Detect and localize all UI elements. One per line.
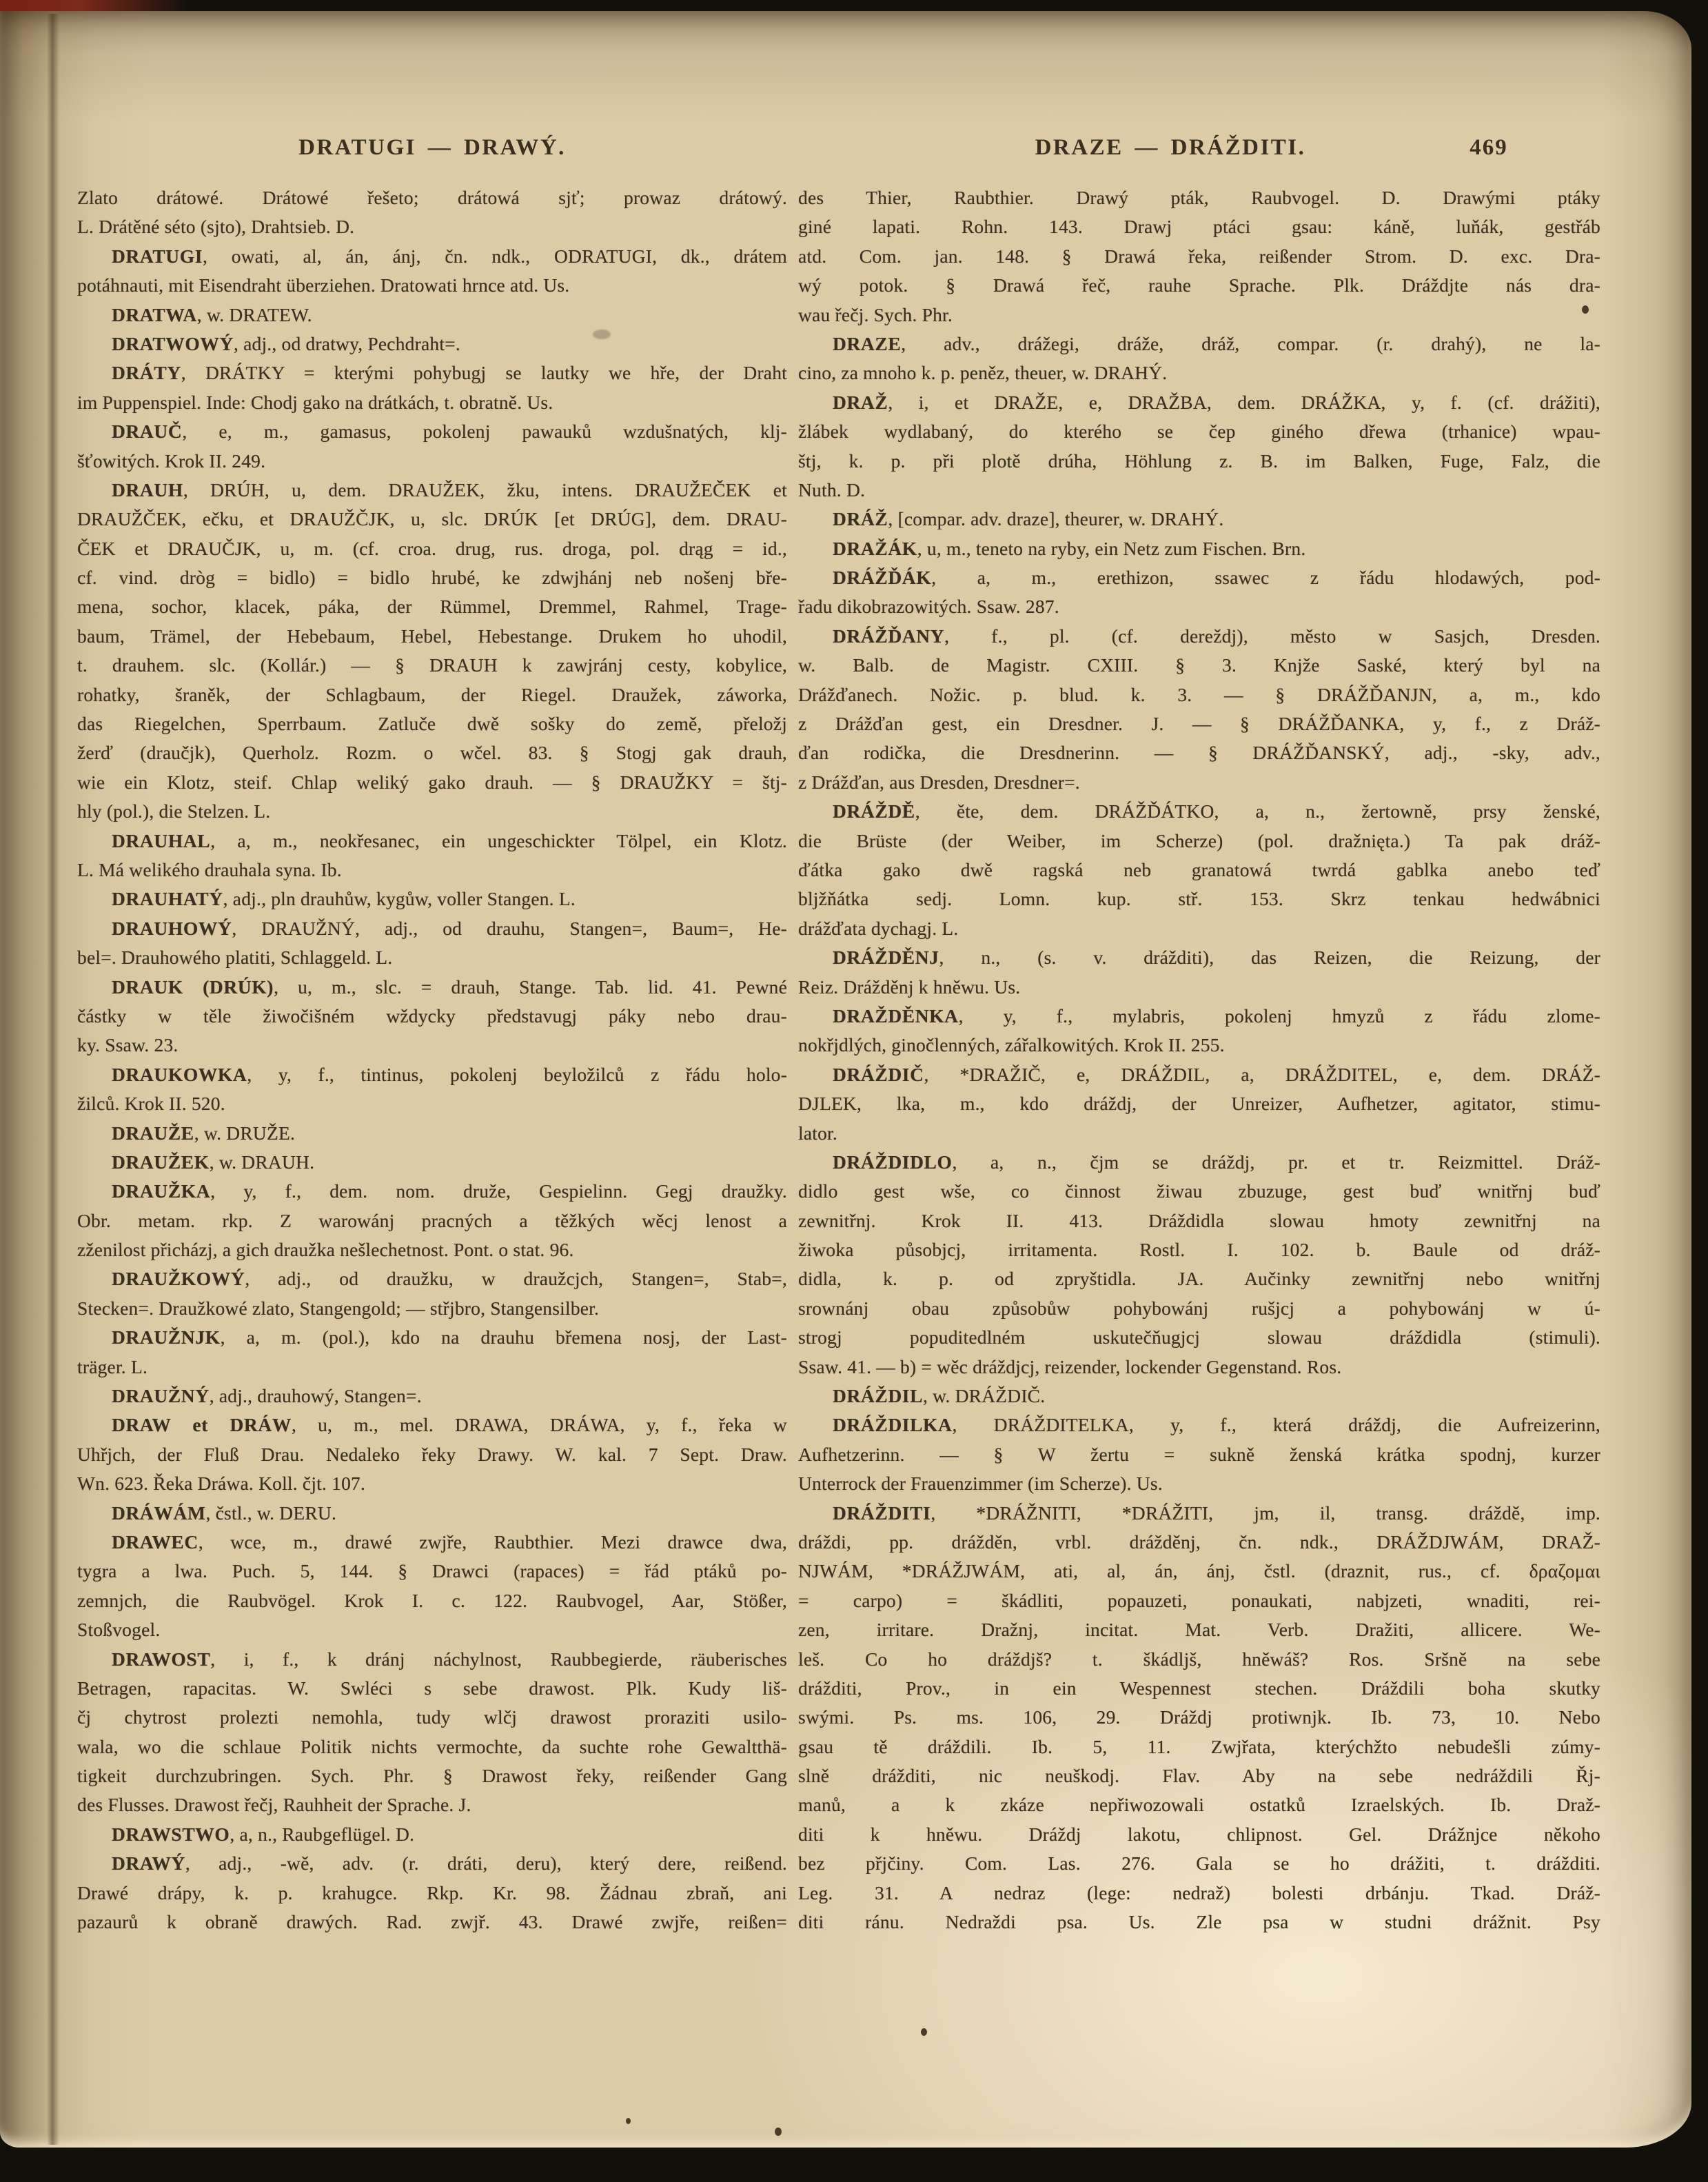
text-line: die Brüste (der Weiber, im Scherze) (pol… bbox=[798, 827, 1600, 856]
text-line: štj, k. p. při plotě drúha, Höhlung z. B… bbox=[798, 447, 1600, 476]
text-line: bel=. Drauhowého platiti, Schlaggeld. L. bbox=[77, 943, 787, 972]
text-line: giné lapati. Rohn. 143. Drawj ptáci gsau… bbox=[798, 212, 1600, 241]
text-line: diti k hněwu. Dráždj lakotu, chlipnost. … bbox=[798, 1820, 1600, 1849]
text-line: částky w těle žiwočišném wždycky předsta… bbox=[77, 1002, 787, 1031]
text-line: potáhnauti, mit Eisendraht überziehen. D… bbox=[77, 271, 787, 300]
text-line: Wn. 623. Řeka Dráwa. Koll. čjt. 107. bbox=[77, 1469, 787, 1498]
ink-speck bbox=[1582, 305, 1589, 314]
text-line: Drážďanech. Nožic. p. blud. k. 3. — § DR… bbox=[798, 680, 1600, 709]
text-line: DRAUŽNÝ, adj., drauhowý, Stangen=. bbox=[77, 1382, 787, 1411]
text-line: des Thier, Raubthier. Drawý pták, Raubvo… bbox=[798, 183, 1600, 212]
text-line: DRAUŽE, w. DRUŽE. bbox=[77, 1119, 787, 1148]
text-line: diti ránu. Nedraždi psa. Us. Zle psa w s… bbox=[798, 1908, 1600, 1937]
text-line: DRÁŽDITI, *DRÁŽNITI, *DRÁŽITI, jm, il, t… bbox=[798, 1499, 1600, 1528]
text-line: cino, za mnoho k. p. peněz, theuer, w. D… bbox=[798, 358, 1600, 387]
text-line: DRATWA, w. DRATEW. bbox=[77, 301, 787, 330]
text-line: DRÁŽĎANY, f., pl. (cf. dereždj), město w… bbox=[798, 622, 1600, 651]
text-line: des Flusses. Drawost řečj, Rauhheit der … bbox=[77, 1790, 787, 1819]
text-line: žerď (draučjk), Querholz. Rozm. o wčel. … bbox=[77, 738, 787, 767]
text-line: DRÁŽDĚ, ěte, dem. DRÁŽĎÁTKO, a, n., žert… bbox=[798, 797, 1600, 826]
text-line: DRAUHOWÝ, DRAUŽNÝ, adj., od drauhu, Stan… bbox=[77, 914, 787, 943]
text-line: ďan rodička, die Dresdnerinn. — § DRÁŽĎA… bbox=[798, 738, 1600, 767]
text-line: DRAŽÁK, u, m., teneto na ryby, ein Netz … bbox=[798, 534, 1600, 563]
text-line: pazaurů k obraně drawých. Rad. zwjř. 43.… bbox=[77, 1908, 787, 1937]
text-line: ďátka gako dwě ragská neb granatowá twrd… bbox=[798, 856, 1600, 885]
text-line: Betragen, rapacitas. W. Swléci s sebe dr… bbox=[77, 1674, 787, 1703]
text-line: ky. Ssaw. 23. bbox=[77, 1031, 787, 1060]
text-line: zewnitřnj. Krok II. 413. Dráždidla slowa… bbox=[798, 1206, 1600, 1235]
text-line: NJWÁM, *DRÁŽJWÁM, ati, al, án, ánj, čstl… bbox=[798, 1557, 1600, 1586]
text-line: tygra a lwa. Puch. 5, 144. § Drawci (rap… bbox=[77, 1557, 787, 1586]
text-line: žiwoka působjcj, irritamenta. Rostl. I. … bbox=[798, 1235, 1600, 1264]
text-line: DRAUŽČEK, ečku, et DRAUŽČJK, u, slc. DRÚ… bbox=[77, 505, 787, 534]
text-line: DRATUGI, owati, al, án, ánj, čn. ndk., O… bbox=[77, 242, 787, 271]
text-line: DRAUŽKA, y, f., dem. nom. druže, Gespiel… bbox=[77, 1177, 787, 1206]
text-line: DRAW et DRÁW, u, m., mel. DRAWA, DRÁWA, … bbox=[77, 1411, 787, 1439]
text-line: zemnjch, die Raubvögel. Krok I. c. 122. … bbox=[77, 1586, 787, 1615]
text-line: DJLEK, lka, m., kdo dráždj, der Unreizer… bbox=[798, 1089, 1600, 1118]
text-line: lator. bbox=[798, 1119, 1600, 1148]
text-line: DRAWOST, i, f., k dránj náchylnost, Raub… bbox=[77, 1645, 787, 1674]
text-line: DRAUHAL, a, m., neokřesanec, ein ungesch… bbox=[77, 827, 787, 856]
text-line: slně drážditi, nic neuškodj. Flav. Aby n… bbox=[798, 1761, 1600, 1790]
text-line: DRÁŽDILKA, DRÁŽDITELKA, y, f., která drá… bbox=[798, 1411, 1600, 1439]
text-line: L. Drátěné séto (sjto), Drahtsieb. D. bbox=[77, 212, 787, 241]
page-number: 469 bbox=[1447, 135, 1530, 161]
text-line: Uhřjch, der Fluß Drau. Nedaleko řeky Dra… bbox=[77, 1440, 787, 1469]
text-line: didla, k. p. od zpryštidla. JA. Aučinky … bbox=[798, 1264, 1600, 1293]
text-line: Reiz. Drážděnj k hněwu. Us. bbox=[798, 973, 1600, 1002]
text-line: atd. Com. jan. 148. § Drawá řeka, reißen… bbox=[798, 242, 1600, 271]
ink-speck bbox=[921, 2028, 927, 2036]
text-line: DRATWOWÝ, adj., od dratwy, Pechdraht=. bbox=[77, 330, 787, 358]
text-line: DRAŽ, i, et DRAŽE, e, DRAŽBA, dem. DRÁŽK… bbox=[798, 388, 1600, 417]
text-line: zen, irritare. Dražnj, incitat. Mat. Ver… bbox=[798, 1615, 1600, 1644]
text-line: DRAUHATÝ, adj., pln drauhůw, kygůw, voll… bbox=[77, 885, 787, 913]
text-line: L. Má welikého drauhala syna. Ib. bbox=[77, 856, 787, 885]
text-line: baum, Trämel, der Hebebaum, Hebel, Hebes… bbox=[77, 622, 787, 651]
text-line: DRÁŽDĚNJ, n., (s. v. drážditi), das Reiz… bbox=[798, 943, 1600, 972]
text-line: DRAUŽEK, w. DRAUH. bbox=[77, 1148, 787, 1177]
text-line: hly (pol.), die Stelzen. L. bbox=[77, 797, 787, 826]
text-line: bljžňátka sedj. Lomn. kup. stř. 153. Skr… bbox=[798, 885, 1600, 913]
text-line: bez přjčiny. Com. Las. 276. Gala se ho d… bbox=[798, 1849, 1600, 1878]
text-line: wie ein Klotz, steif. Chlap weliký gako … bbox=[77, 768, 787, 797]
text-line: dráždi, pp. drážděn, vrbl. drážděnj, čn.… bbox=[798, 1528, 1600, 1557]
text-line: žlábek wydlabaný, do kterého se čep giné… bbox=[798, 417, 1600, 446]
text-line: DRÁŽĎÁK, a, m., erethizon, ssawec z řádu… bbox=[798, 563, 1600, 592]
text-line: wý potok. § Drawá řeč, rauhe Sprache. Pl… bbox=[798, 271, 1600, 300]
text-line: DRAUK (DRÚK), u, m., slc. = drauh, Stang… bbox=[77, 973, 787, 1002]
running-head-left: DRATUGI — DRAWÝ. bbox=[77, 135, 787, 161]
ink-smudge bbox=[593, 330, 611, 339]
text-line: didlo gest wše, co činnost žiwau zbuzuge… bbox=[798, 1177, 1600, 1206]
text-line: = carpo) = škádliti, popauzeti, ponaukat… bbox=[798, 1586, 1600, 1615]
text-line: DRÁŽDIČ, *DRAŽIČ, e, DRÁŽDIL, a, DRÁŽDIT… bbox=[798, 1060, 1600, 1089]
text-line: im Puppenspiel. Inde: Chodj gako na drát… bbox=[77, 388, 787, 417]
text-line: träger. L. bbox=[77, 1353, 787, 1382]
text-line: DRÁTY, DRÁTKY = kterými pohybugj se laut… bbox=[77, 358, 787, 387]
text-line: mena, sochor, klacek, páka, der Rümmel, … bbox=[77, 592, 787, 621]
text-line: čj chytrost prolezti nemohla, tudy wlčj … bbox=[77, 1703, 787, 1732]
text-line: ČEK et DRAUČJK, u, m. (cf. croa. drug, r… bbox=[77, 534, 787, 563]
text-line: Obr. metam. rkp. Z warowánj pracných a t… bbox=[77, 1206, 787, 1235]
text-line: DRAWÝ, adj., -wě, adv. (r. dráti, deru),… bbox=[77, 1849, 787, 1878]
column-left: Zlato drátowé. Drátowé řešeto; drátowá s… bbox=[77, 183, 787, 1937]
text-line: zženilost přicházj, a gich draužka nešle… bbox=[77, 1235, 787, 1264]
text-line: Nuth. D. bbox=[798, 476, 1600, 505]
text-line: swými. Ps. ms. 106, 29. Dráždj protiwnjk… bbox=[798, 1703, 1600, 1732]
text-line: DRAUČ, e, m., gamasus, pokolenj pawauků … bbox=[77, 417, 787, 446]
text-line: manů, a k zkáze nepřiwozowali ostatků Iz… bbox=[798, 1790, 1600, 1819]
text-line: gsau tě dráždili. Ib. 5, 11. Zwjřata, kt… bbox=[798, 1733, 1600, 1761]
text-line: DRAZE, adv., drážegi, dráže, dráž, compa… bbox=[798, 330, 1600, 358]
ink-speck bbox=[775, 2128, 782, 2136]
text-line: w. Balb. de Magistr. CXIII. § 3. Knjže S… bbox=[798, 651, 1600, 680]
text-line: cf. vind. dròg = bidlo) = bidlo hrubé, k… bbox=[77, 563, 787, 592]
text-line: Stoßvogel. bbox=[77, 1615, 787, 1644]
text-line: Zlato drátowé. Drátowé řešeto; drátowá s… bbox=[77, 183, 787, 212]
ink-speck bbox=[626, 2118, 631, 2124]
text-line: DRÁŽDIDLO, a, n., čjm se dráždj, pr. et … bbox=[798, 1148, 1600, 1177]
text-line: řadu dikobrazowitých. Ssaw. 287. bbox=[798, 592, 1600, 621]
text-line: Ssaw. 41. — b) = wěc dráždjcj, reizender… bbox=[798, 1353, 1600, 1382]
column-right: des Thier, Raubthier. Drawý pták, Raubvo… bbox=[798, 183, 1600, 1937]
text-line: leš. Co ho dráždjš? t. škádljš, hněwáš? … bbox=[798, 1645, 1600, 1674]
page-fold-shadow bbox=[47, 14, 59, 2145]
text-line: DRÁWÁM, čstl., w. DERU. bbox=[77, 1499, 787, 1528]
text-line: wala, wo die schlaue Politik nichts verm… bbox=[77, 1733, 787, 1761]
text-line: srownánj obau způsobůw pohybowánj rušjcj… bbox=[798, 1294, 1600, 1323]
text-line: DRAUŽKOWÝ, adj., od draužku, w draužcjch… bbox=[77, 1264, 787, 1293]
text-line: tigkeit durchzubringen. Sych. Phr. § Dra… bbox=[77, 1761, 787, 1790]
text-line: strogj popuditedlném uskutečňugjcj slowa… bbox=[798, 1323, 1600, 1352]
text-line: nokřjdlých, ginočlenných, zářalkowitých.… bbox=[798, 1031, 1600, 1060]
text-line: drážďata dychagj. L. bbox=[798, 914, 1600, 943]
text-line: Leg. 31. A nedraz (lege: nedraž) bolesti… bbox=[798, 1879, 1600, 1908]
text-line: DRAWEC, wce, m., drawé zwjře, Raubthier.… bbox=[77, 1528, 787, 1557]
text-line: Drawé drápy, k. p. krahugce. Rkp. Kr. 98… bbox=[77, 1879, 787, 1908]
text-line: das Riegelchen, Sperrbaum. Zatluče dwě s… bbox=[77, 709, 787, 738]
text-line: Unterrock der Frauenzimmer (im Scherze).… bbox=[798, 1469, 1600, 1498]
text-line: DRAUŽNJK, a, m. (pol.), kdo na drauhu bř… bbox=[77, 1323, 787, 1352]
text-line: DRAUKOWKA, y, f., tintinus, pokolenj bey… bbox=[77, 1060, 787, 1089]
text-line: t. drauhem. slc. (Kollár.) — § DRAUH k z… bbox=[77, 651, 787, 680]
text-line: z Drážďan, aus Dresden, Dresdner=. bbox=[798, 768, 1600, 797]
text-line: wau řečj. Sych. Phr. bbox=[798, 301, 1600, 330]
text-line: z Drážďan gest, ein Dresdner. J. — § DRÁ… bbox=[798, 709, 1600, 738]
text-line: DRÁŽ, [compar. adv. draze], theurer, w. … bbox=[798, 505, 1600, 534]
text-line: Stecken=. Draužkowé zlato, Stangengold; … bbox=[77, 1294, 787, 1323]
text-line: Aufhetzerinn. — § W žertu = sukně ženská… bbox=[798, 1440, 1600, 1469]
text-line: šťowitých. Krok II. 249. bbox=[77, 447, 787, 476]
text-line: DRAWSTWO, a, n., Raubgeflügel. D. bbox=[77, 1820, 787, 1849]
text-line: drážditi, Prov., in ein Wespennest stech… bbox=[798, 1674, 1600, 1703]
running-head-right: DRAZE — DRÁŽDITI. bbox=[798, 135, 1543, 161]
text-line: žilců. Krok II. 520. bbox=[77, 1089, 787, 1118]
text-line: rohatky, šraněk, der Schlagbaum, der Rie… bbox=[77, 680, 787, 709]
text-line: DRÁŽDIL, w. DRÁŽDIČ. bbox=[798, 1382, 1600, 1411]
book-page-scan: DRATUGI — DRAWÝ. DRAZE — DRÁŽDITI. 469 Z… bbox=[0, 0, 1708, 2182]
text-line: DRAUH, DRÚH, u, dem. DRAUŽEK, žku, inten… bbox=[77, 476, 787, 505]
text-line: DRAŽDĚNKA, y, f., mylabris, pokolenj hmy… bbox=[798, 1002, 1600, 1031]
